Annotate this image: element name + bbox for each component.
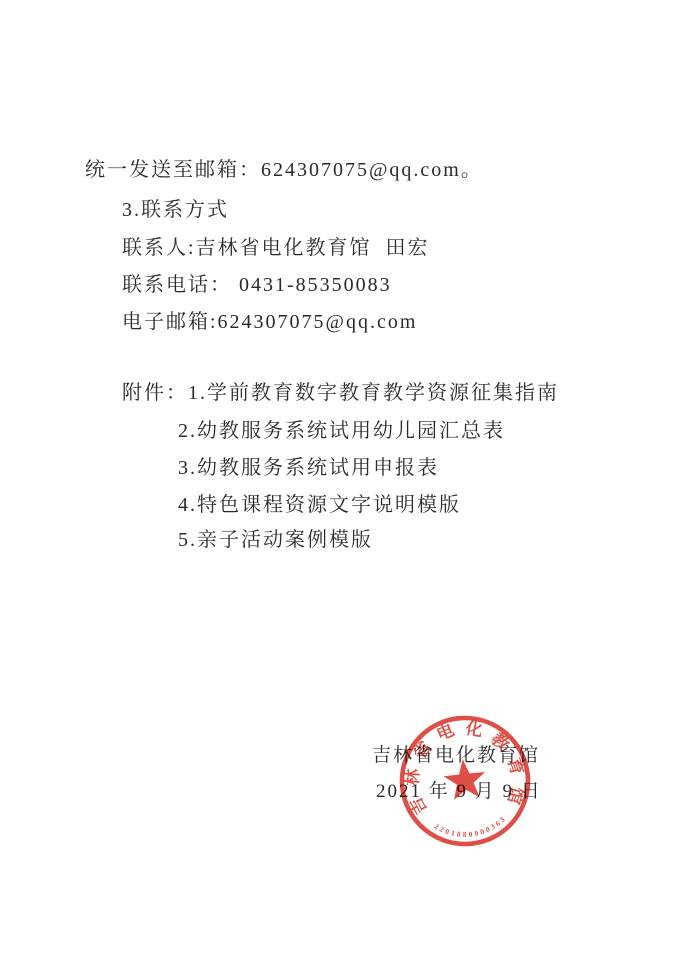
attachment-item: 2.幼教服务系统试用幼儿园汇总表 bbox=[178, 420, 505, 443]
official-seal: 吉林省电化教育馆2201880000363 bbox=[377, 693, 553, 869]
send-email-line: 统一发送至邮箱：624307075@qq.com。 bbox=[85, 159, 483, 182]
seal-code-char: 8 bbox=[463, 830, 467, 839]
document-page: 统一发送至邮箱：624307075@qq.com。 3.联系方式 联系人:吉林省… bbox=[0, 0, 700, 976]
seal-arc-char: 林 bbox=[402, 767, 423, 786]
seal-code-char: 0 bbox=[468, 830, 473, 839]
attachment-item: 3.幼教服务系统试用申报表 bbox=[178, 457, 439, 480]
attachment-item: 5.亲子活动案例模版 bbox=[178, 529, 373, 552]
contact-person-line: 联系人:吉林省电化教育馆 田宏 bbox=[122, 237, 430, 260]
seal-star-icon bbox=[442, 757, 488, 801]
seal-code-char: 1 bbox=[450, 828, 456, 838]
attachment-item: 4.特色课程资源文字说明模版 bbox=[178, 494, 461, 517]
contact-email-line: 电子邮箱:624307075@qq.com bbox=[122, 311, 417, 334]
contact-heading: 3.联系方式 bbox=[122, 199, 229, 222]
seal-arc-char: 省 bbox=[409, 737, 435, 763]
contact-phone-line: 联系电话： 0431-85350083 bbox=[122, 274, 392, 297]
seal-code-char: 8 bbox=[456, 829, 461, 838]
official-seal-graphic: 吉林省电化教育馆2201880000363 bbox=[377, 693, 553, 869]
attachments-heading-line: 附件：1.学前教育数字教育教学资源征集指南 bbox=[122, 382, 559, 405]
seal-arc-char: 化 bbox=[463, 717, 484, 740]
seal-arc-char: 教 bbox=[487, 728, 514, 755]
